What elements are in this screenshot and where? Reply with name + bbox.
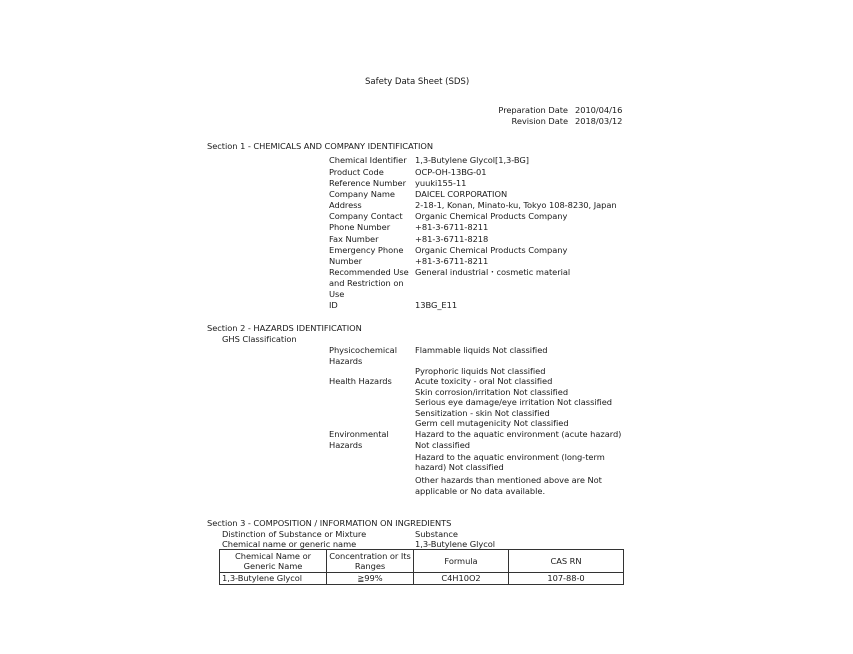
column-header-concentration: Concentration or Its Ranges [327, 550, 414, 573]
hazard-item: Other hazards than mentioned above are N… [415, 475, 602, 486]
revision-date-value: 2018/03/12 [575, 116, 622, 127]
hazard-item: applicable or No data available. [415, 486, 545, 497]
field-label: Address [329, 200, 362, 211]
field-value: Organic Chemical Products Company [415, 211, 567, 222]
hazard-item: Flammable liquids Not classified [415, 345, 547, 356]
field-value: DAICEL CORPORATION [415, 189, 507, 200]
hazard-item: hazard) Not classified [415, 462, 504, 473]
field-label: Use [329, 289, 344, 300]
hazard-item: Germ cell mutagenicity Not classified [415, 418, 569, 429]
field-label: Company Contact [329, 211, 403, 222]
hazard-label: Environmental [329, 429, 389, 440]
field-value: OCP-OH-13BG-01 [415, 167, 487, 178]
cell-chemical-name: 1,3-Butylene Glycol [220, 573, 327, 585]
field-label: Phone Number [329, 222, 390, 233]
field-value: 13BG_E11 [415, 300, 457, 311]
column-header-chemical-name: Chemical Name or Generic Name [220, 550, 327, 573]
field-label: ID [329, 300, 338, 311]
hazard-item: Hazard to the aquatic environment (acute… [415, 429, 621, 440]
table-header-row: Chemical Name or Generic Name Concentrat… [220, 550, 624, 573]
field-value: General industrial・cosmetic material [415, 267, 570, 278]
revision-date-label: Revision Date [0, 116, 568, 127]
field-value: +81-3-6711-8218 [415, 234, 488, 245]
field-value: Organic Chemical Products Company [415, 245, 567, 256]
section1-heading: Section 1 - CHEMICALS AND COMPANY IDENTI… [207, 141, 433, 152]
composition-table: Chemical Name or Generic Name Concentrat… [219, 549, 624, 585]
field-value: +81-3-6711-8211 [415, 256, 488, 267]
field-label: Recommended Use [329, 267, 409, 278]
preparation-date-value: 2010/04/16 [575, 105, 622, 116]
field-label: Chemical Identifier [329, 155, 407, 166]
hazard-label: Hazards [329, 356, 362, 367]
table-row: 1,3-Butylene Glycol ≧99% C4H10O2 107-88-… [220, 573, 624, 585]
hazard-item: Acute toxicity - oral Not classified [415, 376, 552, 387]
field-label: Fax Number [329, 234, 378, 245]
section3-heading: Section 3 - COMPOSITION / INFORMATION ON… [207, 518, 451, 529]
field-label: Reference Number [329, 178, 406, 189]
field-value: 2-18-1, Konan, Minato-ku, Tokyo 108-8230… [415, 200, 617, 211]
field-label: Number [329, 256, 362, 267]
column-header-cas-rn: CAS RN [509, 550, 624, 573]
hazard-label: Health Hazards [329, 376, 392, 387]
field-value: 1,3-Butylene Glycol[1,3-BG] [415, 155, 529, 166]
cell-concentration: ≧99% [327, 573, 414, 585]
field-label: Emergency Phone [329, 245, 403, 256]
field-label: Company Name [329, 189, 395, 200]
column-header-formula: Formula [414, 550, 509, 573]
preparation-date-label: Preparation Date [0, 105, 568, 116]
ghs-classification-heading: GHS Classification [222, 334, 297, 345]
field-value: +81-3-6711-8211 [415, 222, 488, 233]
section2-heading: Section 2 - HAZARDS IDENTIFICATION [207, 323, 362, 334]
field-label: and Restriction on [329, 278, 404, 289]
hazard-label: Physicochemical [329, 345, 397, 356]
hazard-label: Hazards [329, 440, 362, 451]
field-value: yuuki155-11 [415, 178, 466, 189]
hazard-item: Not classified [415, 440, 470, 451]
document-title: Safety Data Sheet (SDS) [365, 77, 469, 88]
hazard-item: Serious eye damage/eye irritation Not cl… [415, 397, 612, 408]
cell-cas-rn: 107-88-0 [509, 573, 624, 585]
cell-formula: C4H10O2 [414, 573, 509, 585]
field-label: Product Code [329, 167, 384, 178]
